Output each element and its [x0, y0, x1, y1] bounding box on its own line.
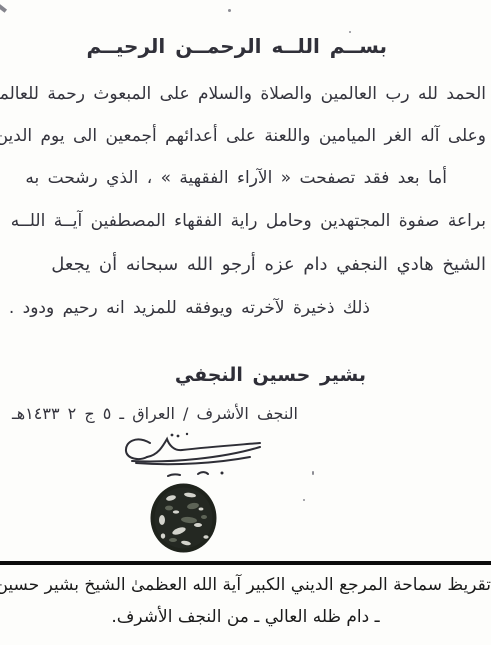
ink-seal-stamp — [149, 482, 218, 554]
caption-line-2: ـ دام ظله العالي ـ من النجف الأشرف. — [0, 607, 491, 627]
body-line-2: وعلى آله الغر الميامين واللعنة على أعدائ… — [0, 126, 486, 147]
signature-name: بشير حسين النجفي — [175, 364, 366, 388]
scan-speck — [303, 499, 305, 501]
body-line-3: أما بعد فقد تصفحت « الآراء الفقهية » ، ا… — [25, 168, 447, 189]
scan-corner-artifact — [0, 1, 7, 13]
separator-rule — [0, 561, 491, 565]
scanned-letter-page: بســم اللــه الرحمــن الرحيــم الحمد لله… — [0, 0, 491, 645]
basmala-line: بســم اللــه الرحمــن الرحيــم — [87, 34, 387, 59]
caption-line-1: تقريظ سماحة المرجع الديني الكبير آية الل… — [0, 575, 491, 595]
scan-speck — [228, 9, 231, 12]
scan-speck — [349, 31, 351, 33]
body-line-4: براعة صفوة المجتهدين وحامل راية الفقهاء … — [11, 211, 486, 232]
body-line-5: الشيخ هادي النجفي دام عزه أرجو الله سبحا… — [51, 254, 486, 277]
signature-place-date: النجف الأشرف / العراق ـ ٥ ج ٢ ١٤٣٣هـ — [12, 404, 298, 424]
scan-speck — [312, 471, 314, 475]
signature-scribble — [120, 432, 270, 484]
body-line-6: ذلك ذخيرة لآخرته ويوفقه للمزيد انه رحيم … — [9, 298, 370, 319]
body-line-1: الحمد لله رب العالمين والصلاة والسلام عل… — [0, 84, 486, 105]
